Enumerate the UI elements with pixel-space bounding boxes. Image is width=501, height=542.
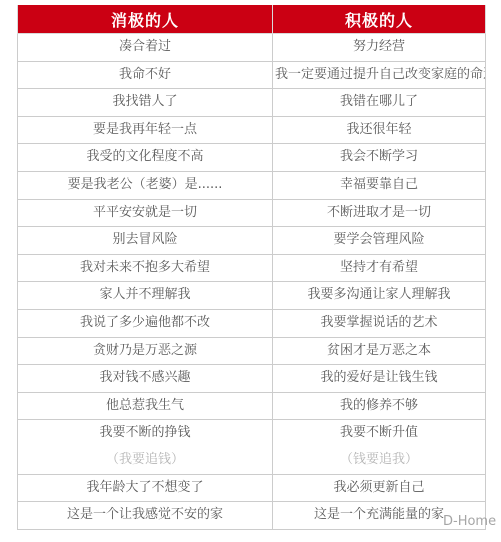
cell-positive-text: 我还很年轻 [275,117,483,144]
table-row: 凑合着过努力经营 [18,34,486,62]
watermark-text: D-Home [443,511,496,533]
cell-positive-text: 我一定要通过提升自己改变家庭的命运 [275,62,483,89]
cell-negative: 平平安安就是一切 [18,199,273,227]
cell-negative-text: 我说了多少遍他都不改 [20,310,270,337]
cell-negative: 要是我老公（老婆）是...... [18,171,273,199]
cell-positive-text: 我要掌握说话的艺术 [275,310,483,337]
cell-positive: 要学会管理风险 [273,227,486,255]
cell-positive: 我错在哪儿了 [273,89,486,117]
cell-positive-text: 坚持才有希望 [275,255,483,282]
cell-negative-text: 平平安安就是一切 [20,200,270,227]
cell-positive: 我的修养不够 [273,392,486,420]
cell-negative: 他总惹我生气 [18,392,273,420]
table-row: 要是我老公（老婆）是......幸福要靠自己 [18,171,486,199]
cell-positive-text: 我错在哪儿了 [275,89,483,116]
cell-negative-text: 贪财乃是万恶之源 [20,338,270,365]
cell-positive-text: 我会不断学习 [275,144,483,171]
cell-negative: 家人并不理解我 [18,282,273,310]
cell-positive: 我的爱好是让钱生钱 [273,365,486,393]
cell-positive: 我一定要通过提升自己改变家庭的命运 [273,61,486,89]
cell-positive: 我要不断升值（钱要追我） [273,420,486,474]
table-body: 凑合着过努力经营我命不好我一定要通过提升自己改变家庭的命运我找错人了我错在哪儿了… [18,34,486,530]
cell-positive: 我要多沟通让家人理解我 [273,282,486,310]
cell-negative-subtext: （我要追钱） [20,447,270,474]
cell-negative: 这是一个让我感觉不安的家 [18,502,273,530]
cell-negative-text: 这是一个让我感觉不安的家 [20,502,270,529]
cell-negative-text: 要是我老公（老婆）是...... [20,172,270,199]
table-row: 我找错人了我错在哪儿了 [18,89,486,117]
cell-negative: 别去冒风险 [18,227,273,255]
cell-positive-text: 我要多沟通让家人理解我 [275,282,483,309]
cell-negative: 贪财乃是万恶之源 [18,337,273,365]
cell-negative: 我对未来不抱多大希望 [18,254,273,282]
cell-positive-text: 贫困才是万恶之本 [275,338,483,365]
cell-positive: 我必须更新自己 [273,474,486,502]
cell-positive-text: 我要不断升值 [275,420,483,447]
cell-positive: 不断进取才是一切 [273,199,486,227]
cell-negative: 我说了多少遍他都不改 [18,309,273,337]
cell-positive-text: 我的爱好是让钱生钱 [275,365,483,392]
cell-negative-text: 我要不断的挣钱 [20,420,270,447]
cell-positive-text: 幸福要靠自己 [275,172,483,199]
table-row: 我要不断的挣钱（我要追钱）我要不断升值（钱要追我） [18,420,486,474]
header-negative-people: 消极的人 [18,5,273,34]
cell-positive-text: 不断进取才是一切 [275,200,483,227]
table-row: 贪财乃是万恶之源贫困才是万恶之本 [18,337,486,365]
table-row: 别去冒风险要学会管理风险 [18,227,486,255]
table-row: 我命不好我一定要通过提升自己改变家庭的命运 [18,61,486,89]
cell-negative: 我受的文化程度不高 [18,144,273,172]
cell-negative-text: 我对钱不感兴趣 [20,365,270,392]
table-row: 要是我再年轻一点我还很年轻 [18,116,486,144]
table-row: 我受的文化程度不高我会不断学习 [18,144,486,172]
table-row: 我对钱不感兴趣我的爱好是让钱生钱 [18,365,486,393]
cell-positive: 我会不断学习 [273,144,486,172]
cell-positive-text: 我的修养不够 [275,393,483,420]
cell-positive-text: 要学会管理风险 [275,227,483,254]
cell-negative-text: 要是我再年轻一点 [20,117,270,144]
cell-positive: 努力经营 [273,34,486,62]
table-row: 这是一个让我感觉不安的家这是一个充满能量的家 [18,502,486,530]
table-row: 家人并不理解我我要多沟通让家人理解我 [18,282,486,310]
table-row: 他总惹我生气我的修养不够 [18,392,486,420]
cell-negative-text: 凑合着过 [20,34,270,61]
cell-negative-text: 我找错人了 [20,89,270,116]
cell-positive-text: 努力经营 [275,34,483,61]
cell-negative: 我对钱不感兴趣 [18,365,273,393]
cell-negative-text: 我对未来不抱多大希望 [20,255,270,282]
cell-positive: 幸福要靠自己 [273,171,486,199]
cell-positive: 坚持才有希望 [273,254,486,282]
header-positive-people: 积极的人 [273,5,486,34]
table-row: 我说了多少遍他都不改我要掌握说话的艺术 [18,309,486,337]
cell-positive: 我还很年轻 [273,116,486,144]
cell-negative: 我年龄大了不想变了 [18,474,273,502]
cell-negative-text: 我受的文化程度不高 [20,144,270,171]
cell-positive: 我要掌握说话的艺术 [273,309,486,337]
cell-negative: 凑合着过 [18,34,273,62]
cell-negative-text: 他总惹我生气 [20,393,270,420]
cell-negative-text: 别去冒风险 [20,227,270,254]
cell-positive: 贫困才是万恶之本 [273,337,486,365]
cell-negative: 我找错人了 [18,89,273,117]
page: 消极的人 积极的人 凑合着过努力经营我命不好我一定要通过提升自己改变家庭的命运我… [0,0,501,542]
cell-negative: 我命不好 [18,61,273,89]
cell-negative: 我要不断的挣钱（我要追钱） [18,420,273,474]
table-row: 我年龄大了不想变了我必须更新自己 [18,474,486,502]
cell-negative-text: 家人并不理解我 [20,282,270,309]
cell-negative: 要是我再年轻一点 [18,116,273,144]
cell-positive-subtext: （钱要追我） [275,447,483,474]
cell-negative-text: 我命不好 [20,62,270,89]
cell-positive-text: 我必须更新自己 [275,475,483,502]
comparison-table: 消极的人 积极的人 凑合着过努力经营我命不好我一定要通过提升自己改变家庭的命运我… [17,5,486,530]
table-row: 我对未来不抱多大希望坚持才有希望 [18,254,486,282]
cell-negative-text: 我年龄大了不想变了 [20,475,270,502]
table-row: 平平安安就是一切不断进取才是一切 [18,199,486,227]
table-header-row: 消极的人 积极的人 [18,5,486,34]
